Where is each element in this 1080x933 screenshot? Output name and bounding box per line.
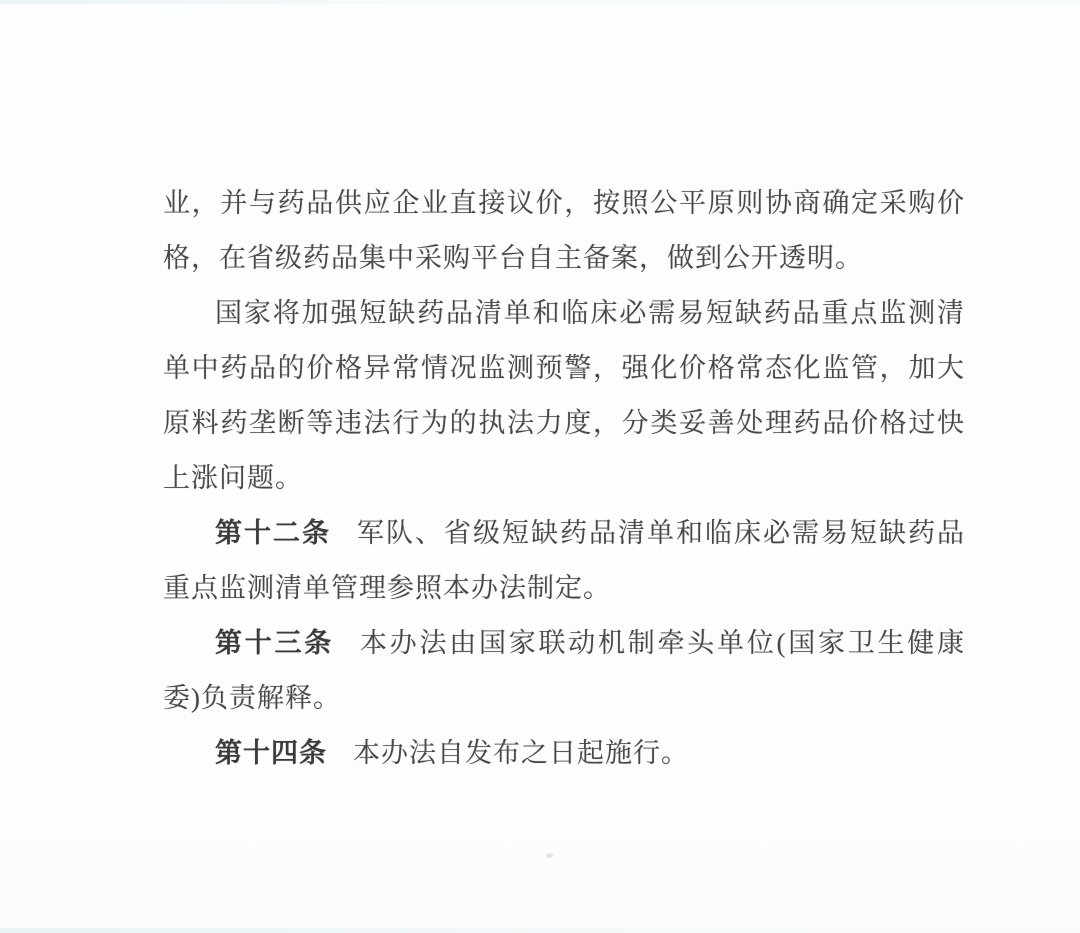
article-number: 第十三条 [215, 628, 334, 658]
line-text: 委)负责解释。 [163, 683, 341, 713]
text-line: 单中药品的价格异常情况监测预警，强化价格常态化监管，加大对 [163, 341, 965, 396]
text-line: 上涨问题。 [163, 451, 965, 506]
line-text: 本办法由国家联动机制牵头单位(国家卫生健康 [360, 628, 965, 658]
line-text: 本办法自发布之日起施行。 [353, 738, 689, 768]
line-text: 国家将加强短缺药品清单和临床必需易短缺药品重点监测清 [215, 298, 965, 328]
text-line: 国家将加强短缺药品清单和临床必需易短缺药品重点监测清 [163, 286, 965, 341]
text-line: 业，并与药品供应企业直接议价，按照公平原则协商确定采购价 [163, 176, 965, 231]
scan-speck-artifact [546, 853, 553, 858]
document-body: 业，并与药品供应企业直接议价，按照公平原则协商确定采购价 格，在省级药品集中采购… [163, 176, 965, 781]
scanned-document-page: 业，并与药品供应企业直接议价，按照公平原则协商确定采购价 格，在省级药品集中采购… [0, 0, 1080, 933]
line-text: 原料药垄断等违法行为的执法力度，分类妥善处理药品价格过快 [163, 408, 965, 438]
line-text: 格，在省级药品集中采购平台自主备案，做到公开透明。 [163, 243, 863, 273]
scan-edge-artifact-top [0, 0, 1080, 4]
article-number: 第十四条 [215, 738, 327, 768]
article-number: 第十二条 [215, 518, 331, 548]
article-line-12: 第十二条军队、省级短缺药品清单和临床必需易短缺药品 [163, 506, 965, 561]
text-line: 原料药垄断等违法行为的执法力度，分类妥善处理药品价格过快 [163, 396, 965, 451]
text-line: 格，在省级药品集中采购平台自主备案，做到公开透明。 [163, 231, 965, 286]
text-line: 委)负责解释。 [163, 671, 965, 726]
scan-edge-artifact-bottom [0, 928, 1080, 933]
line-text: 重点监测清单管理参照本办法制定。 [163, 573, 611, 603]
text-line: 重点监测清单管理参照本办法制定。 [163, 561, 965, 616]
article-line-13: 第十三条本办法由国家联动机制牵头单位(国家卫生健康 [163, 616, 965, 671]
line-text: 单中药品的价格异常情况监测预警，强化价格常态化监管，加大对 [163, 353, 965, 396]
line-text: 业，并与药品供应企业直接议价，按照公平原则协商确定采购价 [163, 188, 965, 218]
line-text: 军队、省级短缺药品清单和临床必需易短缺药品 [357, 518, 965, 548]
article-line-14: 第十四条本办法自发布之日起施行。 [163, 726, 965, 781]
line-text: 上涨问题。 [163, 463, 303, 493]
